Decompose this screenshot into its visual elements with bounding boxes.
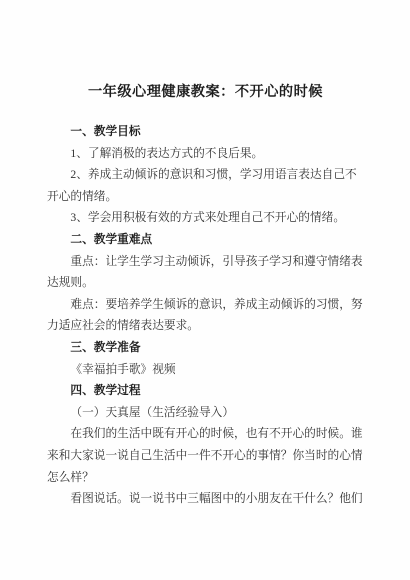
section-heading: 三、教学准备 xyxy=(47,337,364,359)
section-heading: 二、教学重难点 xyxy=(47,229,364,251)
document-page: 一年级心理健康教案：不开心的时候 一、教学目标1、了解消极的表达方式的不良后果。… xyxy=(0,0,410,580)
paragraph: 看图说话。说一说书中三幅图中的小朋友在干什么？他们 xyxy=(47,488,364,510)
paragraph: 《幸福拍手歌》视频 xyxy=(47,359,364,381)
document-title: 一年级心理健康教案：不开心的时候 xyxy=(47,82,364,102)
paragraph: 在我们的生活中既有开心的时候，也有不开心的时候。谁来和大家说一说自己生活中一件不… xyxy=(47,423,364,488)
document-body: 一、教学目标1、了解消极的表达方式的不良后果。2、养成主动倾诉的意识和习惯，学习… xyxy=(47,121,364,510)
paragraph: 2、养成主动倾诉的意识和习惯，学习用语言表达自己不开心的情绪。 xyxy=(47,164,364,207)
paragraph: （一）天真屋（生活经验导入） xyxy=(47,402,364,424)
paragraph: 难点：要培养学生倾诉的意识，养成主动倾诉的习惯，努力适应社会的情绪表达要求。 xyxy=(47,294,364,337)
section-heading: 四、教学过程 xyxy=(47,380,364,402)
paragraph: 1、了解消极的表达方式的不良后果。 xyxy=(47,143,364,165)
paragraph: 重点：让学生学习主动倾诉，引导孩子学习和遵守情绪表达规则。 xyxy=(47,251,364,294)
paragraph: 3、学会用积极有效的方式来处理自己不开心的情绪。 xyxy=(47,207,364,229)
section-heading: 一、教学目标 xyxy=(47,121,364,143)
